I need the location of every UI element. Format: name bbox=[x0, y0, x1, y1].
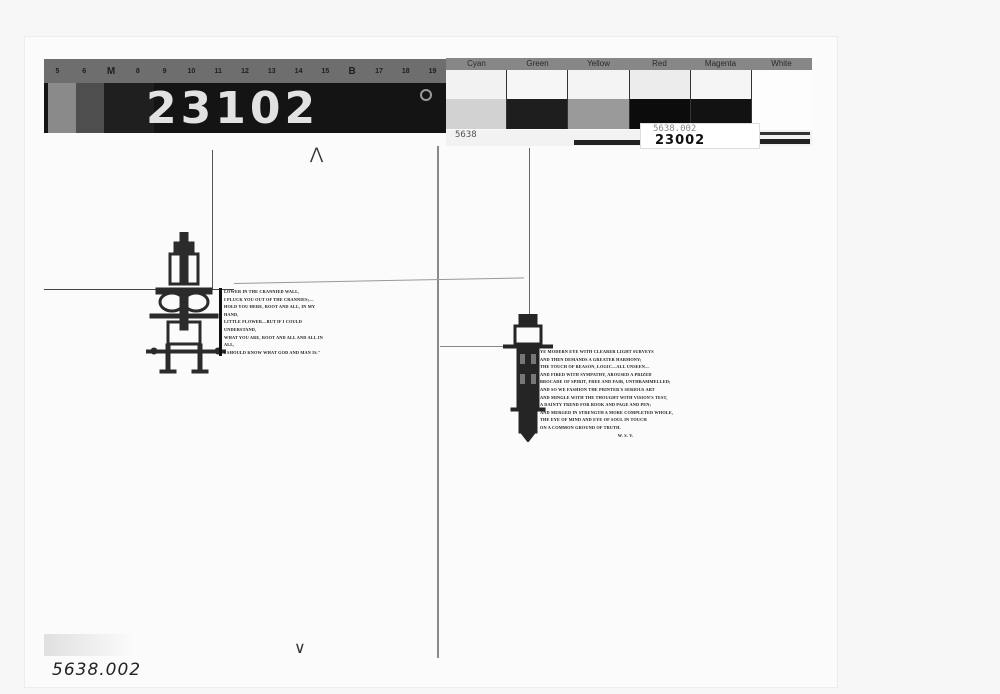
color-label: White bbox=[751, 58, 812, 70]
ruler-tick: 13 bbox=[258, 68, 285, 75]
gray-patch-mid bbox=[76, 83, 104, 133]
poem-left: Lower in the crannied wall,I pluck you o… bbox=[219, 288, 323, 356]
poem-line: Ye modern eye with clearer light surveys bbox=[540, 348, 673, 356]
accession-tag-large: 23002 bbox=[655, 133, 705, 148]
poem-line: understand, bbox=[224, 326, 323, 334]
ruler-tick: 19 bbox=[419, 68, 446, 75]
ring-icon bbox=[420, 89, 432, 101]
color-chart-header: CyanGreenYellowRedMagentaWhite bbox=[446, 58, 812, 70]
ruler-tick: B bbox=[339, 66, 366, 77]
strip-bar bbox=[758, 132, 810, 135]
ruler-tick: 6 bbox=[71, 68, 98, 75]
handwritten-id-label: 23102 bbox=[146, 84, 319, 134]
crop-mark-top-icon: ⋀ bbox=[310, 144, 323, 163]
color-patch bbox=[691, 70, 752, 99]
color-label: Yellow bbox=[568, 58, 629, 70]
ruler-tick: M bbox=[98, 66, 125, 77]
color-label: Cyan bbox=[446, 58, 507, 70]
ruler-tick: 14 bbox=[285, 68, 312, 75]
poem-line: And fired with sympathy, aroused a prize… bbox=[540, 371, 673, 379]
strip-bar bbox=[758, 139, 810, 144]
poem-line: hand, bbox=[224, 311, 323, 319]
poem-line: all, bbox=[224, 341, 323, 349]
center-fold-line bbox=[437, 146, 439, 658]
crop-mark-bottom-icon: ∨ bbox=[294, 638, 306, 657]
color-patch bbox=[568, 99, 629, 129]
accession-tag: 5638.002 23002 bbox=[640, 123, 760, 149]
color-patch bbox=[568, 70, 629, 99]
ruler-tick: 12 bbox=[232, 68, 259, 75]
color-label: Magenta bbox=[690, 58, 751, 70]
strip-bar bbox=[574, 140, 640, 145]
gray-patch-light bbox=[48, 83, 76, 133]
poem-line: And mingle with the thought with vision'… bbox=[540, 394, 673, 402]
poem-right: Ye modern eye with clearer light surveys… bbox=[540, 348, 673, 439]
handwritten-accession-number: 5638.002 bbox=[52, 660, 141, 680]
ruler-tick: 15 bbox=[312, 68, 339, 75]
ruler-tick: 10 bbox=[178, 68, 205, 75]
poem-line: Little flower—but if I could bbox=[224, 318, 323, 326]
ruler-tick: 17 bbox=[366, 68, 393, 75]
color-patch bbox=[752, 70, 812, 99]
ruler-tick: 5 bbox=[44, 68, 71, 75]
color-patch bbox=[446, 70, 507, 99]
poem-line: I should know what God and man is." bbox=[224, 349, 323, 357]
color-label: Red bbox=[629, 58, 690, 70]
color-patches-top bbox=[446, 70, 812, 99]
poem-signature: W. S. V. bbox=[540, 432, 673, 440]
poem-line: Lower in the crannied wall, bbox=[224, 288, 323, 296]
poem-line: And merged in strength a more completed … bbox=[540, 409, 673, 417]
poem-line: Brocade of spirit, free and fair, unthra… bbox=[540, 378, 673, 386]
ruler-tick: 18 bbox=[392, 68, 419, 75]
color-patch bbox=[507, 70, 568, 99]
color-patch bbox=[752, 99, 812, 129]
ruler-tick: 9 bbox=[151, 68, 178, 75]
poem-line: And then demands a greater harmony; bbox=[540, 356, 673, 364]
color-patch bbox=[507, 99, 568, 129]
poem-line: I pluck you out of the crannies;— bbox=[224, 296, 323, 304]
poem-line: The touch of reason, logic—all unseen— bbox=[540, 363, 673, 371]
scribble-note: 5638 bbox=[455, 130, 477, 140]
guide-line-right bbox=[529, 148, 530, 318]
color-patch bbox=[446, 99, 507, 129]
poem-line: Hold you here, root and all, in my bbox=[224, 303, 323, 311]
poem-line: On a common ground of truth. bbox=[540, 424, 673, 432]
color-label: Green bbox=[507, 58, 568, 70]
poem-line: And so we fashion the printer's serious … bbox=[540, 386, 673, 394]
ruler-tick: 8 bbox=[124, 68, 151, 75]
color-patch bbox=[630, 70, 691, 99]
ornament-left-icon bbox=[146, 232, 226, 378]
poem-line: The eye of mind and eye of soul in touch bbox=[540, 416, 673, 424]
poem-line: A dainty trend for book and page and pen… bbox=[540, 401, 673, 409]
ruler-tick: 11 bbox=[205, 68, 232, 75]
measurement-ruler: 56M89101112131415B171819 bbox=[44, 59, 446, 83]
scan-shadow bbox=[44, 634, 134, 656]
poem-line: What you are, root and all and all in bbox=[224, 334, 323, 342]
